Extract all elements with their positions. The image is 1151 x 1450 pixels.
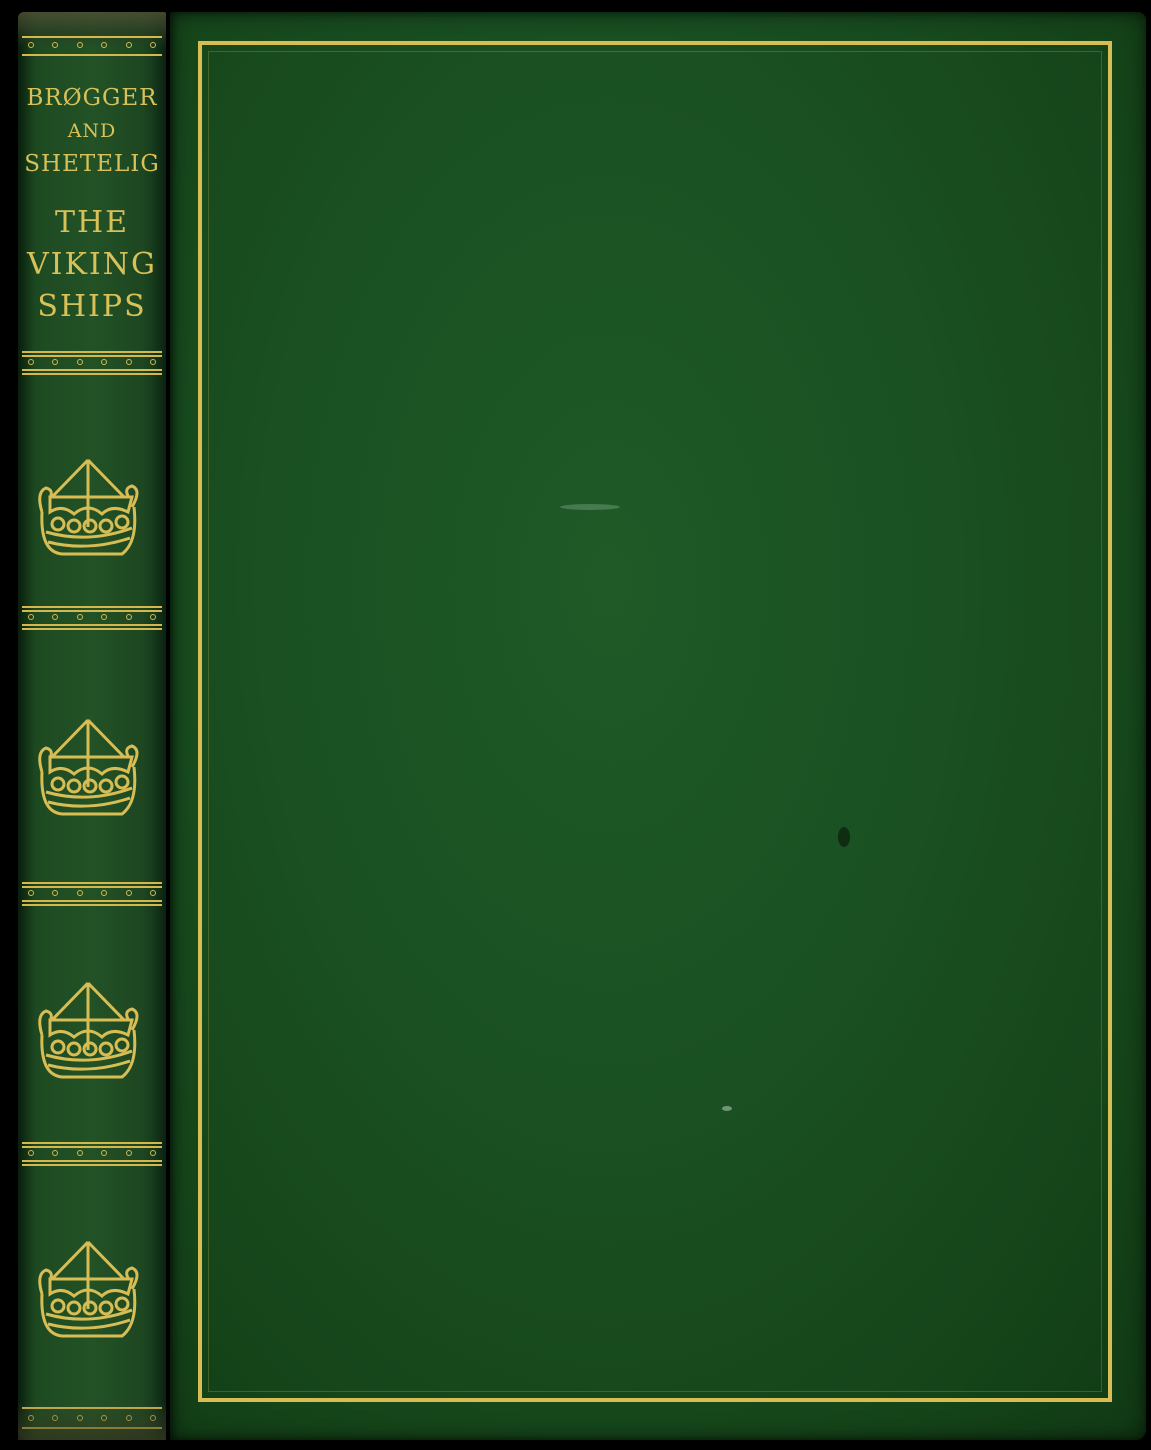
viking-ship-icon	[32, 452, 144, 562]
spine-band-2	[22, 604, 162, 630]
gilt-border	[198, 41, 1112, 1402]
scuff-mark	[560, 504, 620, 510]
spine-band-1	[22, 349, 162, 375]
book: BRØGGER AND SHETELIG THE VIKING SHIPS	[18, 12, 1146, 1440]
title-line-2: VIKING	[18, 244, 166, 286]
viking-ship-icon	[32, 975, 144, 1085]
scuff-mark	[722, 1106, 732, 1111]
spine-author: BRØGGER AND SHETELIG	[18, 82, 166, 181]
spine-band-4	[22, 1140, 162, 1166]
author-conjunction: AND	[18, 115, 166, 148]
spine-wear-bottom	[18, 1400, 166, 1440]
author-name-1: BRØGGER	[18, 82, 166, 115]
author-name-2: SHETELIG	[18, 148, 166, 181]
scuff-mark	[838, 827, 850, 847]
front-cover	[170, 12, 1146, 1440]
book-spine: BRØGGER AND SHETELIG THE VIKING SHIPS	[18, 12, 166, 1440]
viking-ship-icon	[32, 712, 144, 822]
spine-title: THE VIKING SHIPS	[18, 202, 166, 328]
viking-ship-icon	[32, 1234, 144, 1344]
spine-band-3	[22, 880, 162, 906]
spine-top-band	[22, 32, 162, 58]
title-line-1: THE	[18, 202, 166, 244]
title-line-3: SHIPS	[18, 286, 166, 328]
